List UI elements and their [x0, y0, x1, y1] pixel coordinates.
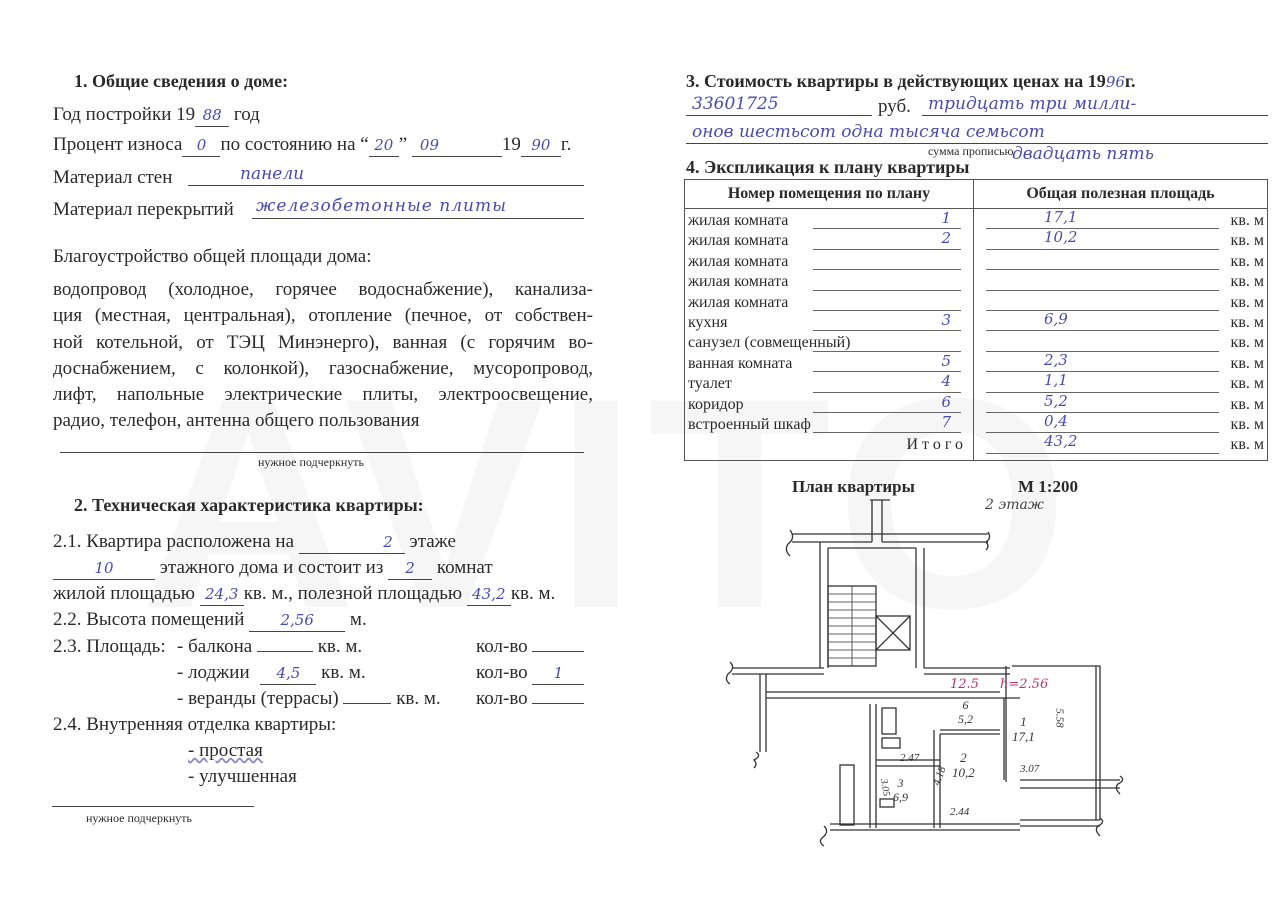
total-row: Итого — [685, 435, 973, 455]
floors-value[interactable]: железобетонные плиты — [256, 196, 507, 216]
rooms-suffix: комнат — [437, 557, 493, 578]
room2-area: 10,2 — [952, 765, 975, 780]
unit-label: кв. м — [1231, 396, 1264, 414]
unit-label: кв. м — [1231, 212, 1264, 230]
table-row: 5,2кв. м — [974, 395, 1267, 415]
wear-month[interactable]: 09 — [412, 134, 502, 157]
storeys-row: 10 этажного дома и состоит из 2 комнат — [53, 557, 493, 580]
plan-mark-125: 12.5 — [950, 677, 979, 692]
section4-title: 4. Экспликация к плану квартиры — [686, 157, 969, 178]
room-label: кухня — [688, 314, 727, 332]
room-number[interactable]: 7 — [941, 413, 951, 431]
floors-label: Материал перекрытий — [53, 199, 234, 221]
height-label: 2.2. Высота помещений — [53, 609, 244, 630]
table-row: 10,2кв. м — [974, 231, 1267, 251]
table-row: 1,1кв. м — [974, 374, 1267, 394]
storeys-label: этажного дома и состоит из — [160, 557, 384, 578]
count-label: кол-во — [476, 688, 528, 709]
room2-dim-bottom: 2.44 — [950, 806, 969, 818]
loggia-count-row: кол-во 1 — [476, 662, 584, 685]
unit-label: кв. м — [1231, 436, 1264, 454]
loggia-label: - лоджии — [177, 662, 250, 683]
balcony-count[interactable] — [532, 651, 584, 652]
unit-label: кв. м — [1231, 232, 1264, 250]
table-row: 6,9кв. м — [974, 313, 1267, 333]
room1-num: 1 — [1012, 714, 1035, 729]
table-row: санузел (совмещенный) — [685, 333, 973, 353]
table-row: коридор6 — [685, 395, 973, 415]
plan-height-note: h=2.56 — [1000, 677, 1048, 692]
useful-unit: кв. м. — [511, 583, 555, 604]
floor-value[interactable]: 2 — [299, 531, 405, 554]
room-label: жилая комната — [688, 273, 788, 291]
unit-label: кв. м — [1231, 314, 1264, 332]
room-number[interactable]: 1 — [941, 209, 951, 227]
year-built-label: Год постройки 19 — [53, 104, 195, 125]
total-area[interactable]: 43,2 — [1044, 432, 1077, 450]
room-label: жилая комната — [688, 294, 788, 312]
year-built-suffix: год — [234, 104, 260, 125]
living-unit: кв. м., полезной площадью — [244, 583, 462, 604]
table-row: жилая комната — [685, 252, 973, 272]
room-label: ванная комната — [688, 355, 792, 373]
wear-year[interactable]: 90 — [521, 134, 561, 157]
room3-dim-top: 2.47 — [900, 752, 919, 764]
price-amount[interactable]: 33601725 — [692, 94, 779, 114]
section2-title: 2. Техническая характеристика квартиры: — [74, 495, 424, 516]
room-label: коридор — [688, 396, 744, 414]
room-area[interactable]: 17,1 — [1044, 208, 1077, 226]
room-label: санузел (совмещенный) — [688, 334, 851, 352]
wear-value[interactable]: 0 — [182, 134, 220, 157]
price-words-line1[interactable]: тридцать три милли- — [928, 94, 1136, 114]
height-unit: м. — [350, 609, 367, 630]
wear-row: Процент износа0по состоянию на “20” 0919… — [53, 134, 571, 157]
currency-label: руб. — [878, 96, 911, 118]
walls-label: Материал стен — [53, 167, 172, 189]
finish-label: 2.4. Внутренняя отделка квартиры: — [53, 714, 336, 736]
room-number[interactable]: 4 — [941, 372, 951, 390]
count-label: кол-во — [476, 636, 528, 657]
loggia-row: - лоджии 4,5 кв. м. — [177, 662, 366, 685]
wear-year-prefix: 19 — [502, 134, 521, 155]
amenities-line: радио, телефон, антенна общего пользован… — [53, 408, 593, 434]
room1-label: 1 17,1 — [1012, 714, 1035, 744]
unit-label: кв. м — [1231, 355, 1264, 373]
room3-num: 3 — [893, 776, 908, 790]
table-row: 2,3кв. м — [974, 354, 1267, 374]
room-area[interactable]: 2,3 — [1044, 351, 1068, 369]
room6-label: 6 5,2 — [958, 698, 973, 726]
explication-table: Номер помещения по плану Общая полезная … — [684, 179, 1268, 461]
footnote-2: нужное подчеркнуть — [86, 811, 192, 826]
sqm-label: кв. м. — [318, 636, 362, 657]
unit-label: кв. м — [1231, 273, 1264, 291]
floor-suffix: этаже — [410, 531, 456, 552]
walls-value[interactable]: панели — [240, 164, 304, 184]
col-area-header: Общая полезная площадь — [974, 180, 1268, 209]
rooms-value[interactable]: 2 — [388, 557, 432, 580]
loggia-count[interactable]: 1 — [532, 662, 584, 685]
table-row: жилая комната — [685, 272, 973, 292]
table-row: туалет4 — [685, 374, 973, 394]
unit-label: кв. м — [1231, 253, 1264, 271]
footnote-1: нужное подчеркнуть — [258, 455, 364, 470]
room-label: жилая комната — [688, 212, 788, 230]
unit-label: кв. м — [1231, 375, 1264, 393]
amenities-line: ция (местная, центральная), отопление (п… — [53, 303, 593, 329]
room2-num: 2 — [952, 750, 975, 765]
price-words-line2[interactable]: онов шестьсот одна тысяча семьсот — [692, 122, 1045, 142]
amenities-title: Благоустройство общей площади дома: — [53, 246, 372, 268]
room6-num: 6 — [958, 698, 973, 712]
price-words-line3[interactable]: двадцать пять — [1012, 144, 1154, 164]
room-area[interactable]: 0,4 — [1044, 412, 1068, 430]
balcony-row: - балкона кв. м. — [177, 636, 362, 658]
table-row: жилая комната2 — [685, 231, 973, 251]
area-label: 2.3. Площадь: — [53, 636, 166, 658]
wear-label: Процент износа — [53, 134, 182, 155]
year-built-row: Год постройки 1988 год — [53, 104, 260, 127]
room-label: встроенный шкаф — [688, 416, 811, 434]
unit-label: кв. м — [1231, 334, 1264, 352]
table-row: кухня3 — [685, 313, 973, 333]
room-area[interactable]: 5,2 — [1044, 392, 1068, 410]
sqm-label: кв. м. — [396, 688, 440, 709]
storeys-value[interactable]: 10 — [53, 557, 155, 580]
loggia-value[interactable]: 4,5 — [260, 662, 316, 685]
table-row: кв. м — [974, 272, 1267, 292]
room-label: жилая комната — [688, 253, 788, 271]
table-row: кв. м — [974, 333, 1267, 353]
table-row: 17,1кв. м — [974, 211, 1267, 231]
count-label: кол-во — [476, 662, 528, 683]
amenities-line: лифт, напольные электрические плиты, эле… — [53, 382, 593, 408]
room-number[interactable]: 5 — [941, 352, 951, 370]
room-number[interactable]: 6 — [941, 393, 951, 411]
room-number[interactable]: 2 — [941, 229, 951, 247]
veranda-label: - веранды (террасы) — [177, 688, 339, 709]
room-area[interactable]: 10,2 — [1044, 228, 1077, 246]
table-row: ванная комната5 — [685, 354, 973, 374]
room2-label: 2 10,2 — [952, 750, 975, 780]
amenities-line: ной котельной, от ТЭЦ Минэнерго), ванная… — [53, 330, 593, 356]
unit-label: кв. м — [1231, 294, 1264, 312]
room1-dim-side: 5.58 — [1054, 708, 1066, 727]
section1-title: 1. Общие сведения о доме: — [74, 71, 288, 92]
useful-value[interactable]: 43,2 — [467, 583, 511, 606]
table-row: встроенный шкаф7 — [685, 415, 973, 435]
finish-improved: - улучшенная — [188, 766, 297, 788]
veranda-count-row: кол-во — [476, 688, 584, 710]
finish-simple: - простая — [188, 740, 263, 762]
section3-year-suffix: г. — [1125, 71, 1136, 91]
floor-plan — [720, 490, 1140, 850]
table-row: 0,4кв. м — [974, 415, 1267, 435]
amenities-line: доснабжением, с колонкой), газоснабжение… — [53, 356, 593, 382]
height-value[interactable]: 2,56 — [249, 609, 345, 632]
wear-date-label: по состоянию на “ — [220, 134, 368, 155]
floor-label: 2.1. Квартира расположена на — [53, 531, 294, 552]
wear-day[interactable]: 20 — [369, 134, 399, 157]
room-label: жилая комната — [688, 232, 788, 250]
floor-row: 2.1. Квартира расположена на 2 этаже — [53, 531, 456, 554]
room6-area: 5,2 — [958, 712, 973, 726]
wear-year-suffix: г. — [561, 134, 571, 155]
room-area[interactable]: 1,1 — [1044, 371, 1068, 389]
room1-area: 17,1 — [1012, 729, 1035, 744]
area-row: жилой площадью 24,3кв. м., полезной площ… — [53, 583, 555, 606]
height-row: 2.2. Высота помещений 2,56 м. — [53, 609, 367, 632]
col-room-header: Номер помещения по плану — [685, 180, 974, 209]
table-row: жилая комната1 — [685, 211, 973, 231]
room-area[interactable]: 6,9 — [1044, 310, 1068, 328]
room3-label: 3 6,9 — [893, 776, 908, 804]
veranda-row: - веранды (террасы) кв. м. — [177, 688, 441, 710]
living-value[interactable]: 24,3 — [200, 583, 244, 606]
unit-label: кв. м — [1231, 416, 1264, 434]
section3-title: 3. Стоимость квартиры в действующих цена… — [686, 71, 1136, 92]
year-built-value[interactable]: 88 — [195, 104, 229, 127]
room-number[interactable]: 3 — [941, 311, 951, 329]
table-row: кв. м — [974, 252, 1267, 272]
amenities-list: водопровод (холодное, горячее водоснабже… — [53, 277, 593, 435]
sqm-label: кв. м. — [321, 662, 365, 683]
amenities-line: водопровод (холодное, горячее водоснабже… — [53, 277, 593, 303]
room3-area: 6,9 — [893, 790, 908, 804]
table-row: жилая комната — [685, 293, 973, 313]
balcony-value[interactable] — [257, 651, 313, 652]
balcony-count-row: кол-во — [476, 636, 584, 658]
veranda-count[interactable] — [532, 703, 584, 704]
room-label: туалет — [688, 375, 732, 393]
section3-title-text: 3. Стоимость квартиры в действующих цена… — [686, 71, 1106, 91]
quote-close: ” — [399, 134, 407, 155]
finish-simple-text: - простая — [188, 740, 263, 761]
veranda-value[interactable] — [343, 703, 391, 704]
table-row: кв. м — [974, 293, 1267, 313]
living-label: жилой площадью — [53, 583, 195, 604]
total-label: Итого — [907, 436, 968, 454]
balcony-label: - балкона — [177, 636, 252, 657]
total-row: 43,2кв. м — [974, 435, 1267, 455]
section3-year[interactable]: 96 — [1106, 73, 1125, 91]
room1-dim-bottom: 3.07 — [1020, 763, 1039, 775]
